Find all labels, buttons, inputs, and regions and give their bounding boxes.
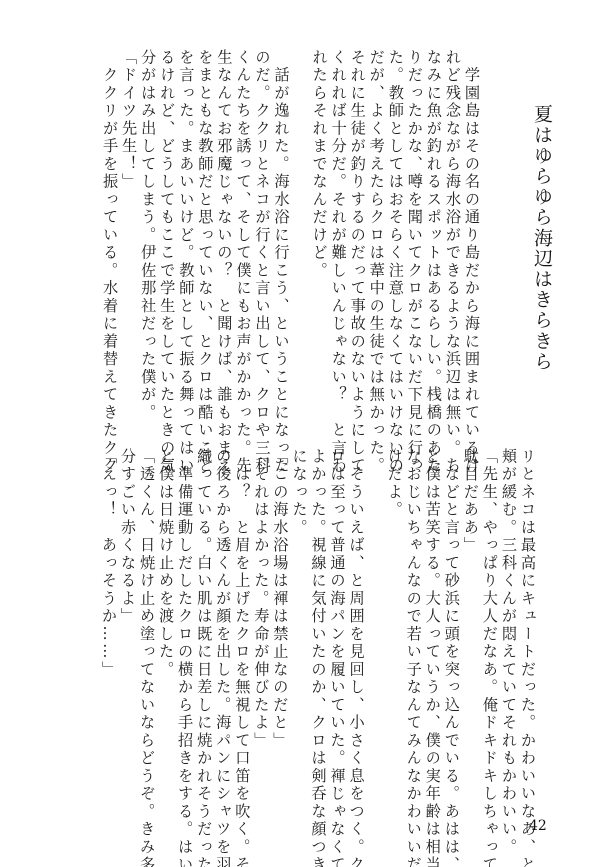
text-line: るけれど、どうしてもここで学生をしていたときの気: [157, 49, 176, 414]
text-line: 「えっ！ あっそうか……」: [99, 448, 118, 813]
text-block-upper: 学園島はその名の通り島だから海に囲まれているけれど残念ながら海水浴ができるような…: [100, 49, 481, 414]
text-line: 生なんてお邪魔じゃないの？ と聞けば、誰もおまえ: [214, 49, 233, 414]
text-line: なみに魚が釣れるスポットはあるらしい。桟橋のあた: [424, 49, 443, 414]
text-line: た。教師としてはおそらく注意しなくてはいけないの: [386, 49, 405, 414]
text-line: そういえば、と周囲を見回し、小さく息をつく。ク: [347, 448, 366, 813]
text-line: 「先生、やっぱり大人だなあ。俺ドキドキしちゃって: [480, 448, 499, 813]
page-number: 42: [529, 818, 547, 834]
text-line: リとネコは最高にキュートだった。かわいいなあ、と: [518, 448, 537, 813]
text-line: ロは至って普通の海パンを履いていた。褌じゃなくて: [327, 448, 346, 813]
text-line: 「透くん、日焼け止め塗ってないならどうぞ。きみ多: [137, 448, 156, 813]
text-block-lower: リとネコは最高にキュートだった。かわいいなあ、と頬が緩む。三科くんが悶えていてそ…: [99, 448, 537, 813]
book-page: 夏はゆらゆら海辺はきらきら 学園島はその名の通り島だから海に囲まれているけれど残…: [0, 0, 611, 867]
paragraph-gap: [366, 448, 385, 813]
text-line: 駄目だああ」: [461, 448, 480, 813]
text-line: の後ろから透くんが顔を出した。海パンにシャツを羽: [213, 448, 232, 813]
text-line: 「それはよかった。寿命が伸びたよ」: [251, 448, 270, 813]
text-line: だが、よく考えたらクロは葦中の生徒では無かった。: [367, 49, 386, 414]
text-line: 織っている。白い肌は既に日差しに焼かれそうだった。: [194, 448, 213, 813]
text-line: になった。: [289, 448, 308, 813]
text-line: 準備運動しだしたクロの横から手招きをする。はい、: [175, 448, 194, 813]
text-line: れど残念ながら海水浴ができるような浜辺は無い。ち: [443, 49, 462, 414]
paragraph-gap: [291, 49, 310, 414]
text-line: 「この海水浴場は褌は禁止なのだと」: [270, 448, 289, 813]
chapter-title: 夏はゆらゆら海辺はきらきら: [531, 104, 553, 372]
text-line: それに生徒が釣りするのだって事故のないようにして: [348, 49, 367, 414]
text-line: と僕は日焼け止めを渡した。: [156, 448, 175, 813]
text-line: れたらそれまでなんだけど。: [310, 49, 329, 414]
text-line: くれれば十分だ。それが難しいんじゃない？ と言わ: [329, 49, 348, 414]
text-line: よかった。視線に気付いたのか、クロは剣呑な顔つき: [308, 448, 327, 813]
text-line: のだ。ククリとネコが行くと言い出して、クロや三科: [252, 49, 271, 414]
text-line: は？ と眉を上げたクロを無視して口笛を吹く。そ: [232, 448, 251, 813]
text-line: 話が逸れた。海水浴に行こう、ということになった: [271, 49, 290, 414]
text-line: ククリが手を振っている。水着に着替えてきたクク: [100, 49, 119, 414]
text-line: なおじいちゃんなので若い子なんてみんなかわいいだ: [404, 448, 423, 813]
text-line: を言った。まあいいけど。教師として振る舞ってはい: [176, 49, 195, 414]
text-line: と僕は苦笑する。大人っていうか、僕の実年齢は相当: [423, 448, 442, 813]
text-line: などと言って砂浜に頭を突っ込んでいる。あはは、: [442, 448, 461, 813]
text-line: 「ドイツ先生！」: [119, 49, 138, 414]
text-line: 分がはみ出してしまう。伊佐那社だった僕が。: [138, 49, 157, 414]
text-line: くんたちを誘って、そして僕にもお声がかかった。先: [233, 49, 252, 414]
text-line: りだったかな、噂を聞いてクロがこないだ下見に行っ: [405, 49, 424, 414]
text-line: 分すごい赤くなるよ」: [118, 448, 137, 813]
text-line: 学園島はその名の通り島だから海に囲まれているけ: [462, 49, 481, 414]
text-line: 頬が緩む。三科くんが悶えていてそれもかわいい。: [499, 448, 518, 813]
text-line: けだよ。: [385, 448, 404, 813]
text-line: をまともな教師だと思っていない、とクロは酷いこと: [195, 49, 214, 414]
